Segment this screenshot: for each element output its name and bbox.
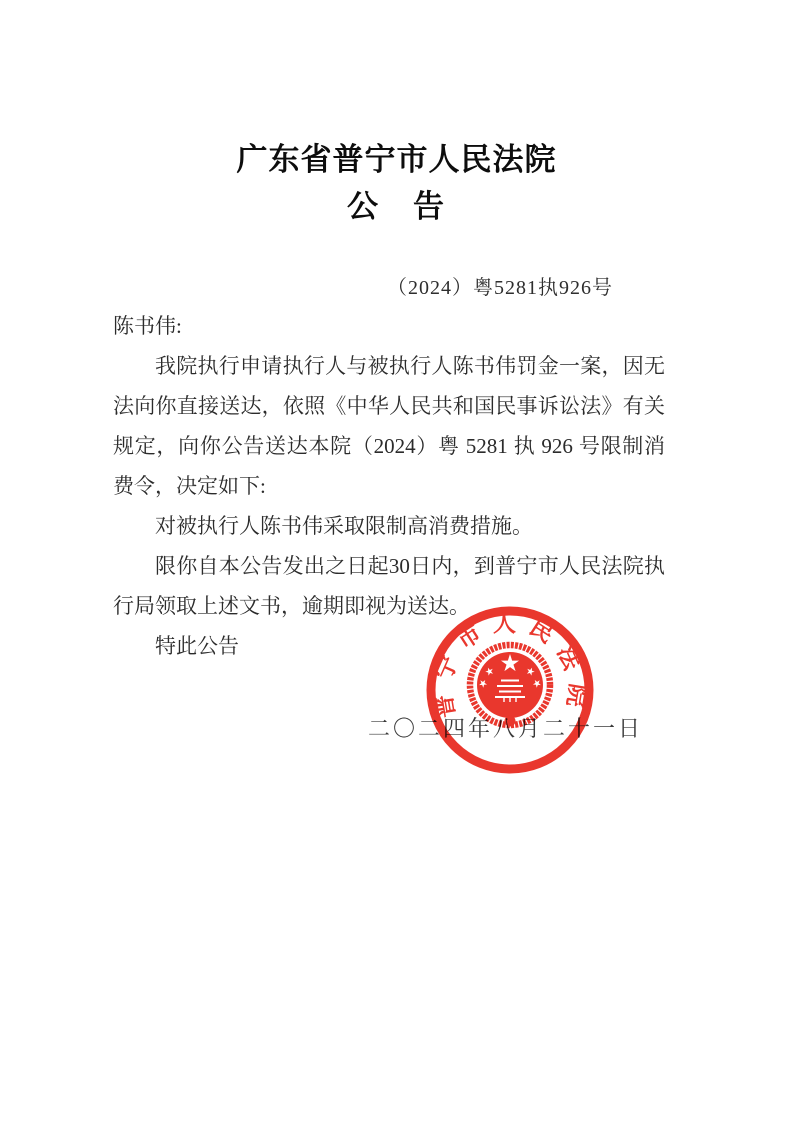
case-number: （2024）粤5281执926号	[387, 274, 613, 302]
body-line: 法向你直接送达，依照《中华人民共和国民事诉讼法》有关	[113, 386, 665, 426]
national-emblem-icon	[470, 645, 550, 727]
recipient-line: 陈书伟:	[113, 306, 665, 346]
body-line: 对被执行人陈书伟采取限制高消费措施。	[113, 506, 665, 546]
body-line: 费令，决定如下:	[113, 466, 665, 506]
court-seal-graphic: 普宁市人民法院	[425, 605, 595, 775]
body-line: 规定，向你公告送达本院（2024）粤 5281 执 926 号限制消	[113, 426, 665, 466]
body-line: 限你自本公告发出之日起30日内，到普宁市人民法院执	[113, 546, 665, 586]
document-page: 广东省普宁市人民法院 公 告 （2024）粤5281执926号 陈书伟: 我院执…	[0, 0, 793, 1122]
doc-type-heading: 公 告	[0, 185, 793, 229]
gear-glyph	[505, 716, 516, 727]
page-title: 广东省普宁市人民法院	[0, 138, 793, 182]
court-seal: 普宁市人民法院	[425, 605, 595, 775]
body-line: 我院执行申请执行人与被执行人陈书伟罚金一案，因无	[113, 346, 665, 386]
